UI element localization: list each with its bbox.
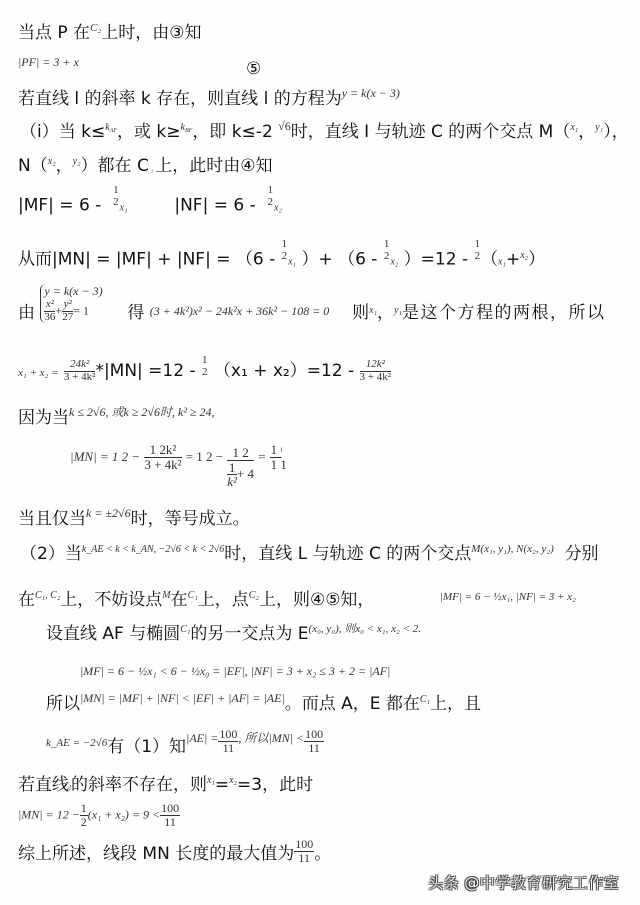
- math-sub: AF: [110, 128, 117, 134]
- text: |NF| = 6 -: [174, 196, 255, 216]
- fraction-100-11: 10011: [304, 728, 324, 754]
- text-line-15: 设直线 AF 与椭圆C₁的另一交点为 E(x₀, y₀), 则x₀ < x₁, …: [46, 623, 421, 648]
- fraction-12k2: 12k²3 + 4k²: [360, 359, 392, 383]
- text: ，: [578, 122, 595, 142]
- math-c2: C₂: [90, 22, 101, 34]
- den: 36: [44, 312, 55, 324]
- den: 2: [383, 251, 391, 263]
- den: 11: [304, 742, 324, 755]
- math-c2: C₂: [249, 590, 259, 601]
- text: （i）当 k≤: [20, 122, 105, 142]
- num: 1: [227, 461, 237, 476]
- den: k²: [227, 475, 237, 489]
- den: 2: [474, 251, 482, 263]
- text: =: [258, 449, 265, 464]
- fraction: 1 01 1: [270, 443, 288, 471]
- text: 则: [352, 303, 369, 323]
- math-sum: x₁ + x₂ =: [18, 367, 59, 379]
- fraction: 1k²: [227, 461, 237, 489]
- den: 2: [80, 816, 88, 829]
- num: x²: [44, 299, 55, 312]
- text: +: [506, 250, 520, 270]
- text: （2）当: [20, 544, 82, 564]
- num: 1: [281, 239, 289, 251]
- den: 2: [281, 251, 289, 263]
- text: 在: [171, 590, 188, 610]
- math-sub: ₁: [151, 165, 153, 173]
- text: 时，直线 I 与轨迹 C 的两个交点 M（: [291, 122, 571, 142]
- text: 上，且: [430, 694, 481, 714]
- text-line-5: N（x₂，y₂）都在 C₁上，此时由④知: [18, 155, 273, 180]
- den: 1 1: [270, 458, 288, 472]
- text: 有（1）知: [107, 737, 186, 757]
- den: 3 + 4k²: [360, 372, 392, 384]
- math-y1: y₁: [595, 122, 603, 133]
- text: =: [215, 775, 229, 795]
- math-x2: x₂: [274, 203, 282, 214]
- equation-label-5: ⑤: [246, 58, 261, 80]
- math-condition: k_AE < k < k_AN, −2√6 < k < 2√6: [82, 544, 224, 555]
- math-x2: x₂: [520, 250, 528, 261]
- text: 当且仅当: [18, 509, 86, 529]
- math-ae: |AE| =: [186, 731, 218, 745]
- text: 从而|MN| = |MF| + |NF| = （6 -: [18, 250, 275, 270]
- math-lhs: |MN| = 1 2 −: [70, 449, 140, 464]
- fraction-half: 12: [267, 185, 275, 208]
- text: + 4: [237, 466, 254, 481]
- den: 27: [62, 312, 73, 324]
- text: 的斜率不存在，则: [71, 775, 207, 795]
- text: ）: [528, 250, 545, 270]
- math-x1: x₁: [369, 305, 377, 316]
- den: 11: [160, 816, 180, 829]
- num: 1 2k²: [144, 443, 181, 458]
- num: 12k²: [360, 359, 392, 372]
- math-k: k: [105, 122, 109, 133]
- math-c1: C₁: [420, 694, 430, 705]
- text: 所以: [46, 694, 80, 714]
- num: 100: [218, 728, 238, 742]
- math-m: M: [162, 590, 170, 601]
- formula-mn-bound: |MN| = 1 2 − 1 2k²3 + 4k² = 1 2 − 1 21k²…: [70, 436, 288, 479]
- text-line-12: 当且仅当k = ±2√6时，等号成立。: [18, 508, 250, 531]
- text: 分别: [565, 544, 599, 564]
- circled-5: ⑤: [246, 59, 261, 79]
- math-mn-ae: |MN| = |MF| + |NF| < |EF| + |AF| = |AE|: [80, 691, 285, 705]
- math-line-eq: y = k(x − 3): [342, 86, 400, 100]
- fraction-half: 12: [281, 239, 289, 262]
- math-mn: , 所以|MN| <: [238, 731, 304, 745]
- text-line-1: 当点 P 在C₂上时，由③知: [18, 22, 201, 46]
- num: 1: [383, 239, 391, 251]
- num: 100: [160, 802, 180, 816]
- math-mid: (x₁ + x₂) = 9 <: [88, 808, 160, 822]
- math-sub: BF: [185, 128, 192, 134]
- text: 由: [18, 303, 35, 323]
- text: ，即 k≤-2: [192, 122, 272, 142]
- text: 时，直线 L 与轨迹 C 的两个交点: [224, 544, 471, 564]
- num: 1: [80, 802, 88, 816]
- math-lhs: |MN| = 12 −: [18, 808, 80, 822]
- text-line-19: 若直线l的斜率不存在，则x₁=x₂=3，此时: [18, 774, 313, 799]
- fraction: x²36: [44, 299, 55, 323]
- math-x2: x₂: [48, 156, 56, 167]
- text: 得: [127, 303, 144, 323]
- text: ），: [603, 122, 629, 142]
- text: 当点 P 在: [18, 23, 90, 43]
- num: 1: [112, 185, 120, 197]
- num: 24k²: [64, 359, 96, 372]
- text-line-4: （i）当 k≤kAF，或 k≥kBF，即 k≤-2 √6时，直线 I 与轨迹 C…: [20, 121, 629, 147]
- den: 11: [218, 742, 238, 755]
- math-x1: x₁: [570, 122, 578, 133]
- den: 2: [267, 197, 275, 209]
- text: = 1 2 −: [186, 449, 223, 464]
- den: 11: [294, 852, 314, 865]
- math-c1: C₁: [180, 624, 190, 635]
- num: y²: [62, 299, 73, 312]
- math-k-eq: k = ±2√6: [86, 506, 131, 520]
- text: ）都在 C: [81, 156, 149, 176]
- fraction-24k2: 24k²3 + 4k²: [64, 359, 96, 383]
- text: 在: [18, 590, 35, 610]
- math-x1: x₁: [207, 775, 215, 786]
- den: 1k²+ 4: [227, 461, 254, 489]
- fraction-100-11: 10011: [294, 838, 314, 864]
- fraction: 1 21k²+ 4: [227, 446, 254, 489]
- den: 2: [112, 197, 120, 209]
- fraction-half: 12: [80, 802, 88, 828]
- fraction-100-11: 10011: [160, 802, 180, 828]
- math-e-cond: (x₀, y₀), 则x₀ < x₁, x₂ < 2.: [309, 623, 421, 635]
- formula-inequality: |MF| = 6 − ½x₁ < 6 − ½x₀ = |EF|, |NF| = …: [80, 659, 390, 682]
- text-line-17: 所以|MN| = |MF| + |NF| < |EF| + |AF| = |AE…: [46, 693, 481, 718]
- text: =3，此时: [237, 775, 313, 795]
- math-quadratic: (3 + 4k²)x² − 24k²x + 36k² − 108 = 0: [150, 304, 330, 318]
- text: （x₁ + x₂）=12 -: [214, 361, 354, 381]
- math-pf-eq: |PF| = 3 + x: [18, 55, 79, 69]
- text: 上，不妨设点: [60, 590, 162, 610]
- fraction-half: 12: [383, 239, 391, 262]
- math-y2: y₂: [73, 156, 81, 167]
- math-c12: C₁, C₂: [35, 590, 60, 601]
- text: 若直线: [18, 775, 69, 795]
- math-c1: C₁: [188, 590, 198, 601]
- math-points: M(x₁, y₁), N(x₂, y₂): [471, 543, 553, 555]
- math-x2: x₂: [229, 775, 237, 786]
- text: ，: [56, 156, 73, 176]
- formula-mn-vertical: |MN| = 12 −12(x₁ + x₂) = 9 <10011: [18, 802, 180, 828]
- text-line-6: |MF| = 6 - 12x₁ |NF| = 6 - 12x₂: [18, 194, 282, 220]
- text: 上，则④⑤知，: [259, 590, 374, 610]
- formula-mf-nf: |MF| = 6 − ½x₁, |NF| = 3 + x₂: [440, 584, 576, 608]
- text: ）+ （6 -: [301, 250, 377, 270]
- watermark: 头条 @中学教育研究工作室: [428, 872, 619, 893]
- text: ，: [377, 303, 394, 323]
- text: 设直线 AF 与椭圆: [46, 624, 180, 644]
- text: （: [481, 250, 498, 270]
- fraction: y²27: [62, 299, 73, 323]
- num: 1: [474, 239, 482, 251]
- text-line-18: k_AE = −2√6有（1）知|AE| =10011, 所以|MN| <100…: [46, 732, 324, 760]
- math-mf-nf: |MF| = 6 − ½x₁, |NF| = 3 + x₂: [440, 591, 576, 603]
- fraction-half: 12: [201, 355, 209, 378]
- math-sqrt6: √6: [278, 119, 291, 133]
- text: 上时，由③知: [101, 23, 201, 43]
- text: ）=12 -: [404, 250, 468, 270]
- fraction-half: 12: [112, 185, 120, 208]
- text: 时，等号成立。: [131, 509, 250, 529]
- text-line-14: 在C₁, C₂上，不妨设点M在C₁上，点C₂上，则④⑤知，: [18, 589, 374, 614]
- math-kae: k_AE = −2√6: [46, 737, 107, 749]
- text: 综上所述，线段 MN 长度的最大值为: [18, 844, 294, 864]
- text: 上，点: [198, 590, 249, 610]
- system-eq-1: y = k(x − 3): [44, 284, 102, 299]
- text: = 1: [73, 304, 89, 318]
- den: 3 + 4k²: [64, 372, 96, 384]
- math-x1: x₁: [498, 257, 506, 268]
- text: ，或 k≥: [117, 122, 181, 142]
- system-eq-2: x²36+y²27= 1: [44, 299, 102, 323]
- equation-system: y = k(x − 3) x²36+y²27= 1: [40, 284, 102, 323]
- math-inequality: |MF| = 6 − ½x₁ < 6 − ½x₀ = |EF|, |NF| = …: [80, 664, 390, 678]
- text: 是这个方程的两根，所以: [402, 303, 606, 323]
- den: 3 + 4k²: [144, 458, 181, 472]
- num: 100: [304, 728, 324, 742]
- math-x1: x₁: [120, 203, 128, 214]
- fraction-100-11: 10011: [218, 728, 238, 754]
- num: 1 2: [227, 446, 254, 461]
- den: 2: [201, 367, 209, 379]
- text: N（: [18, 156, 48, 176]
- math-x2: x₂: [390, 257, 398, 268]
- text: 因为当: [18, 408, 69, 428]
- text: |MF| = 6 -: [18, 196, 101, 216]
- text-line-3: 若直线 l 的斜率 k 存在，则直线 l 的方程为y = k(x − 3): [18, 88, 400, 111]
- num: 1 0: [270, 443, 288, 458]
- math-condition: k ≤ 2√6, 或k ≥ 2√6时, k² ≥ 24,: [69, 405, 215, 419]
- text-line-9: x₁ + x₂ = 24k²3 + 4k²*|MN| =12 - 12 （x₁ …: [18, 356, 391, 383]
- text-line-7: 从而|MN| = |MF| + |NF| = （6 - 12x₁ ）+ （6 -…: [18, 248, 545, 274]
- text: 若直线 l 的斜率 k 存在，则直线 l 的方程为: [18, 89, 342, 109]
- text-line-13: （2）当k_AE < k < k_AN, −2√6 < k < 2√6时，直线 …: [20, 543, 599, 568]
- text-line-8: 由 y = k(x − 3) x²36+y²27= 1 得 (3 + 4k²)x…: [18, 284, 605, 323]
- text: 。而点 A，E 都在: [285, 694, 420, 714]
- text-line-21: 综上所述，线段 MN 长度的最大值为10011。: [18, 838, 331, 864]
- num: 1: [267, 185, 275, 197]
- math-y1: y₁: [394, 305, 402, 316]
- text: 。: [314, 844, 331, 864]
- num: 100: [294, 838, 314, 852]
- text: 上，此时由④知: [155, 156, 272, 176]
- text: 的另一交点为 E: [190, 624, 308, 644]
- fraction: 1 2k²3 + 4k²: [144, 443, 181, 471]
- text-line-10: 因为当k ≤ 2√6, 或k ≥ 2√6时, k² ≥ 24,: [18, 407, 215, 430]
- fraction-half: 12: [474, 239, 482, 262]
- math-x1: x₁: [288, 257, 296, 268]
- text: *|MN| =12 -: [95, 361, 195, 381]
- formula-pf: |PF| = 3 + x: [18, 50, 79, 73]
